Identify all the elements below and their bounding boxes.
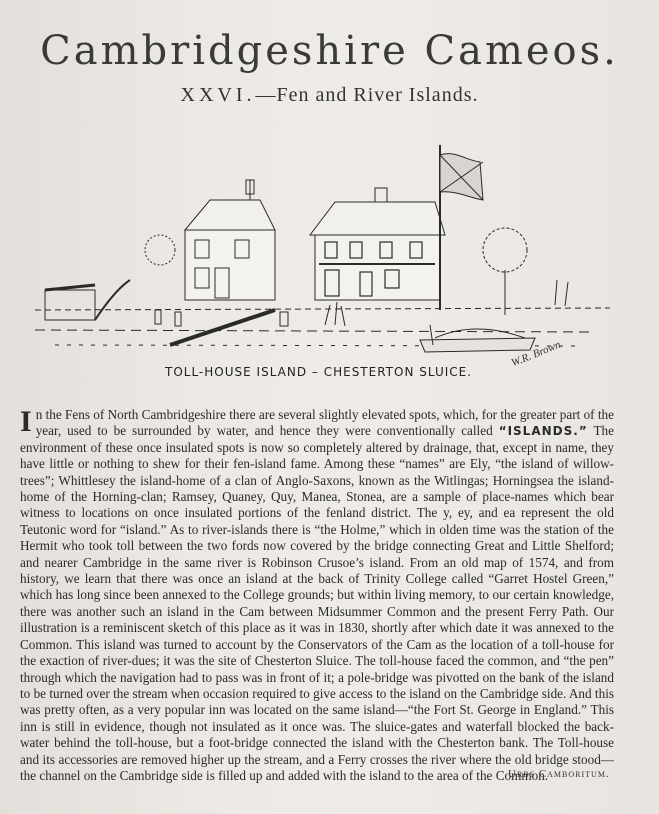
toll-house-sketch: [35, 140, 610, 360]
islands-emphasis: “ISLANDS.”: [499, 424, 588, 438]
article-body: In the Fens of North Cambridgeshire ther…: [20, 407, 614, 784]
subtitle-text: —Fen and River Islands.: [256, 84, 479, 106]
drop-cap: I: [20, 409, 32, 435]
author-signature: Urbs Camboritum.: [508, 768, 610, 780]
page-title: Cambridgeshire Cameos.: [0, 28, 659, 74]
article-text-rest: The environment of these once insulated …: [20, 423, 614, 783]
document-page: Cambridgeshire Cameos. XXVI.—Fen and Riv…: [0, 0, 659, 814]
illustration-caption: TOLL-HOUSE ISLAND – CHESTERTON SLUICE.: [165, 365, 472, 379]
subtitle-number: XXVI.: [181, 84, 256, 106]
page-subtitle: XXVI.—Fen and River Islands.: [0, 84, 659, 107]
